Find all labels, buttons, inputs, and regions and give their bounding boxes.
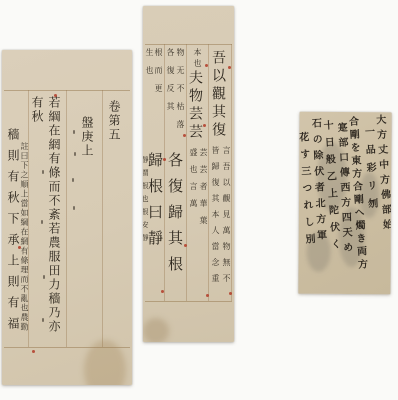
middle-note-c-left: 各復反其 [166,48,174,120]
column-rule [164,44,165,301]
column-rule [66,90,67,347]
column-rule [102,90,103,347]
ink-gloss-mark [73,206,75,210]
left-volume-title-column: 卷第五 [108,100,120,142]
middle-main-a: 吾以觀其復 [211,50,225,140]
ruling-bottom [145,301,232,302]
vermilion-mark [54,94,57,97]
ink-gloss-mark [74,152,76,156]
middle-note-d-top-right: 根而更 [154,48,162,102]
middle-main-d: 歸根曰靜 [147,152,162,256]
vermilion-mark [206,294,209,297]
column-rule [231,44,232,301]
vermilion-mark [205,64,208,67]
left-chapter-title-column: 盤庚上 [81,116,93,158]
middle-note-a-right: 言吾以觀見萬物無不 [222,146,230,290]
vermilion-mark [183,134,186,137]
right-manuscript: 大方丈中方佛部始 一品彩リ刎 合剛を東方合剛へ燭き両方 寔部口傳西方四天め 十日… [298,112,391,295]
middle-note-b-top: 本也 [193,48,201,70]
middle-note-d-top-left: 生也 [145,48,153,84]
vermilion-mark [203,124,206,127]
left-commentary-continued-column: 穡則有秋下承上則有福 [7,128,19,338]
photo-canvas: 卷第五 盤庚上 若綱在網有條而不紊若農服田力穡乃亦 有秋 註曰下之順上當如綱在網… [0,0,398,400]
ruling-top [4,90,130,91]
left-manuscript: 卷第五 盤庚上 若綱在網有條而不紊若農服田力穡乃亦 有秋 註曰下之順上當如綱在網… [2,50,132,385]
middle-main-b: 夫物芸芸 [188,70,202,142]
vermilion-mark [228,66,231,69]
middle-note-a-left: 皆歸復其本人當念重 [211,146,219,290]
vermilion-mark [32,350,35,353]
left-quote-end-column: 有秋 [31,96,43,124]
vermilion-mark [229,292,232,295]
middle-main-c: 各復歸其根 [167,152,182,282]
middle-note-c-right: 物无不枯落 [176,48,184,138]
left-commentary-column: 註曰下之順上當如綱在網有條理而不亂也農勤 [20,142,28,332]
paper-stain [143,318,169,342]
ink-gloss-mark [42,318,44,322]
column-rule [208,44,209,301]
ink-gloss-mark [73,130,75,134]
vermilion-mark [184,244,187,247]
middle-manuscript: 吾以觀其復 言吾以觀見萬物無不 皆歸復其本人當念重 本也 夫物芸芸 芸芸者華葉 … [143,6,234,342]
middle-note-b-left: 盛也言萬 [189,148,197,216]
middle-note-d-side: 靜謂根也根安靜 [143,156,148,247]
vermilion-mark [161,290,164,293]
right-cursive-column-1: 大方丈中方佛部始 [373,114,391,234]
ink-gloss-mark [43,275,45,279]
ruling-top [145,44,232,45]
vermilion-mark [18,246,21,249]
middle-note-b-right: 芸芸者華葉 [199,148,207,233]
left-maintext-column: 若綱在網有條而不紊若農服田力穡乃亦 [48,96,60,334]
ink-gloss-mark [41,220,43,224]
ink-gloss-mark [42,170,44,174]
ink-gloss-mark [72,178,74,182]
vermilion-mark [163,158,166,161]
